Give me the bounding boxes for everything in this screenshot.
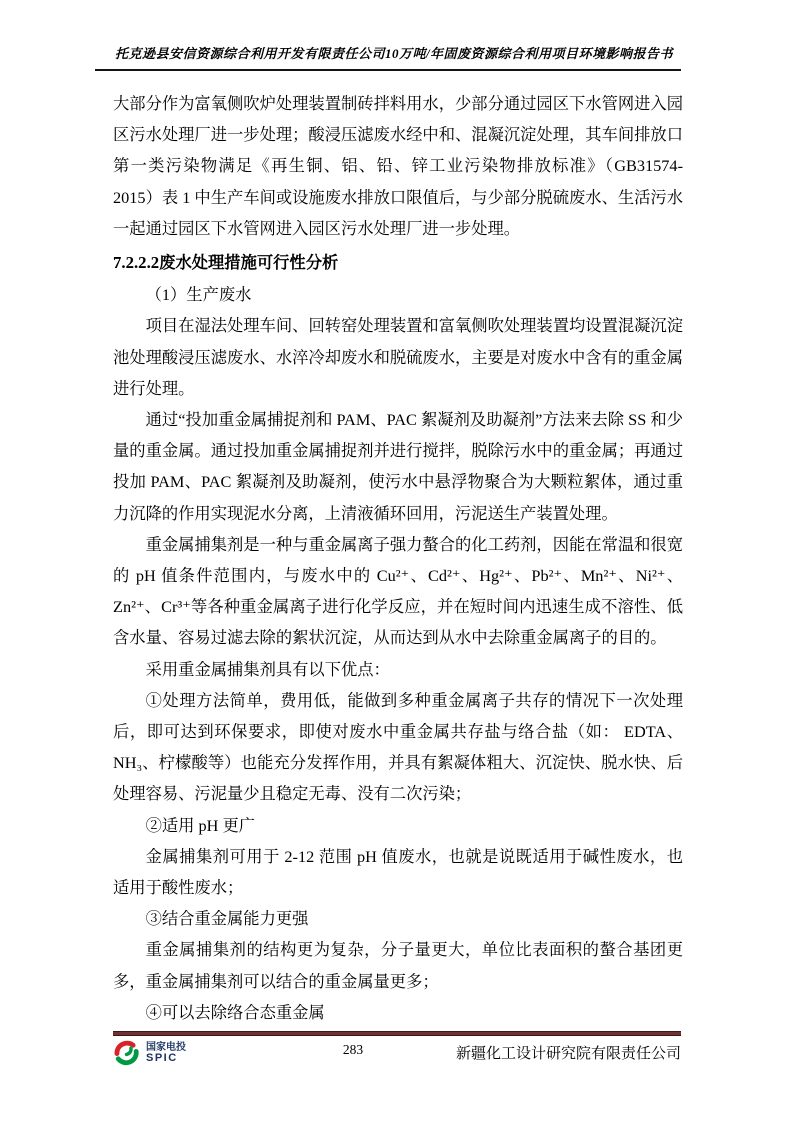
- paragraph: 采用重金属捕集剂具有以下优点：: [113, 654, 683, 685]
- header-rule: [95, 69, 681, 71]
- paragraph: 大部分作为富氧侧吹炉处理装置制砖拌料用水，少部分通过园区下水管网进入园区污水处理…: [113, 88, 683, 244]
- paragraph: ③结合重金属能力更强: [113, 903, 683, 934]
- paragraph: ④可以去除络合态重金属: [113, 997, 683, 1028]
- paragraph: ②适用 pH 更广: [113, 810, 683, 841]
- document-page: 托克逊县安信资源综合利用开发有限责任公司10万吨/年固废资源综合利用项目环境影响…: [0, 0, 793, 1122]
- section-title: 废水处理措施可行性分析: [159, 254, 338, 272]
- section-heading: 7.2.2.2废水处理措施可行性分析: [113, 247, 683, 279]
- document-body: 大部分作为富氧侧吹炉处理装置制砖拌料用水，少部分通过园区下水管网进入园区污水处理…: [113, 88, 683, 1028]
- section-number: 7.2.2.2: [113, 253, 159, 272]
- paragraph: 项目在湿法处理车间、回转窑处理装置和富氧侧吹处理装置均设置混凝沉淀池处理酸浸压滤…: [113, 310, 683, 404]
- footer-rule: [113, 1031, 681, 1036]
- paragraph: 重金属捕集剂的结构更为复杂，分子量更大，单位比表面积的螯合基团更多，重金属捕集剂…: [113, 934, 683, 996]
- paragraph: ①处理方法简单，费用低，能做到多种重金属离子共存的情况下一次处理后，即可达到环保…: [113, 685, 683, 810]
- footer-company: 新疆化工设计研究院有限责任公司: [456, 1042, 681, 1063]
- paragraph: 重金属捕集剂是一种与重金属离子强力螯合的化工药剂，因能在常温和很宽的 pH 值条…: [113, 529, 683, 654]
- paragraph: （1）生产废水: [113, 279, 683, 310]
- header-title: 托克逊县安信资源综合利用开发有限责任公司10万吨/年固废资源综合利用项目环境影响…: [95, 43, 693, 62]
- paragraph: 通过“投加重金属捕捉剂和 PAM、PAC 絮凝剂及助凝剂”方法来去除 SS 和少…: [113, 404, 683, 529]
- paragraph: 金属捕集剂可用于 2-12 范围 pH 值废水，也就是说既适用于碱性废水，也适用…: [113, 841, 683, 903]
